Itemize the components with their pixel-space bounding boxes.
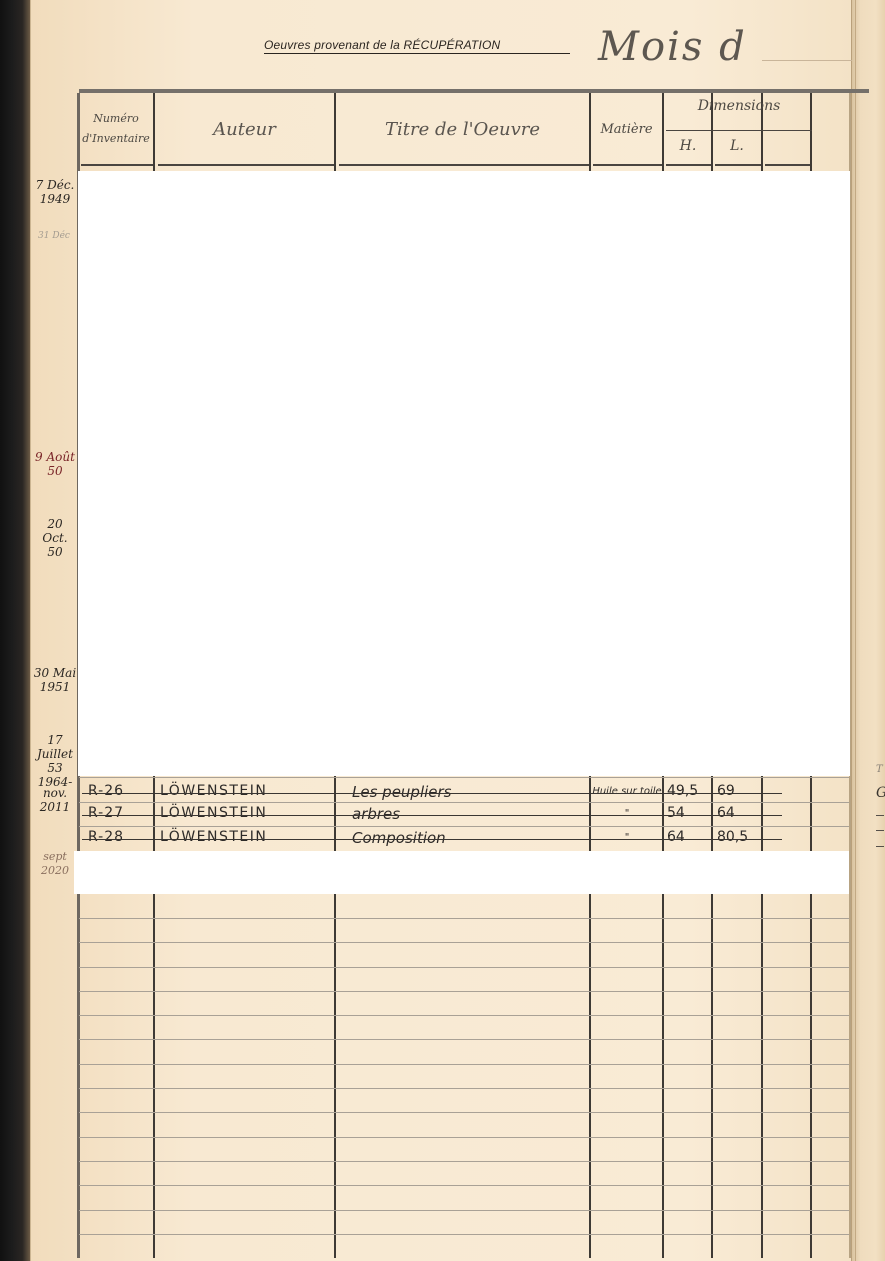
ruled-line bbox=[79, 991, 849, 992]
margin-note-line: 9 Août bbox=[33, 450, 77, 464]
entry-titre: Les peupliers bbox=[352, 783, 452, 801]
ruled-line bbox=[79, 1112, 849, 1113]
header-numero-line1: Numéro bbox=[82, 109, 150, 129]
redacted-region bbox=[74, 851, 849, 894]
entry-matiere: Huile sur toile bbox=[592, 786, 662, 797]
ruled-line bbox=[79, 918, 849, 919]
month-label: Mois d bbox=[598, 24, 747, 70]
dimensions-divider bbox=[666, 130, 812, 131]
ruled-line bbox=[79, 942, 849, 943]
fold-line bbox=[855, 0, 856, 1261]
entry-auteur: LÖWENSTEIN bbox=[160, 829, 267, 845]
strikethrough-line bbox=[82, 815, 782, 816]
entry-titre: arbres bbox=[352, 805, 400, 823]
margin-date-note: 30 Mai1951 bbox=[33, 666, 77, 694]
margin-note-line: 17 Juillet bbox=[33, 733, 77, 761]
ruled-line bbox=[79, 826, 849, 827]
ruled-line bbox=[79, 1064, 849, 1065]
margin-note-line: 31 Déc bbox=[32, 229, 76, 243]
entry-hauteur: 49,5 bbox=[667, 783, 698, 799]
margin-rule bbox=[30, 0, 31, 1261]
header-numero: Numéro d'Inventaire bbox=[79, 95, 153, 163]
header-underline bbox=[715, 164, 761, 166]
margin-note-line: nov. bbox=[33, 786, 77, 800]
entry-numero: R-26 bbox=[88, 783, 124, 799]
entry-auteur: LÖWENSTEIN bbox=[160, 783, 267, 799]
strikethrough-line bbox=[82, 839, 782, 840]
ruled-line bbox=[79, 1210, 849, 1211]
ruled-line bbox=[79, 1185, 849, 1186]
margin-note-line: 1949 bbox=[33, 192, 77, 206]
section-title: Oeuvres provenant de la RÉCUPÉRATION bbox=[264, 38, 570, 54]
margin-note-line: sept bbox=[33, 850, 77, 864]
margin-note-line: 2011 bbox=[33, 800, 77, 814]
ruled-line bbox=[79, 1137, 849, 1138]
margin-note-line: 2020 bbox=[33, 864, 77, 878]
header-underline bbox=[666, 164, 711, 166]
header-underline bbox=[765, 164, 810, 166]
month-underline bbox=[762, 60, 852, 61]
ruled-line bbox=[79, 1039, 849, 1040]
header-largeur: L. bbox=[713, 138, 761, 154]
ruled-line bbox=[79, 777, 849, 778]
margin-note-line: 30 Mai bbox=[33, 666, 77, 680]
ruled-line bbox=[79, 1234, 849, 1235]
margin-date-note: 7 Déc.1949 bbox=[33, 178, 77, 206]
right-margin-mark: G bbox=[876, 785, 885, 801]
book-binding bbox=[0, 0, 30, 1261]
header-underline bbox=[339, 164, 589, 166]
entry-largeur: 80,5 bbox=[717, 829, 748, 845]
header-auteur: Auteur bbox=[155, 95, 334, 163]
header-underline bbox=[593, 164, 662, 166]
ruled-line bbox=[79, 967, 849, 968]
strikethrough-line bbox=[82, 793, 782, 794]
header-dimensions: Dimensions bbox=[666, 98, 812, 114]
header-underline bbox=[158, 164, 334, 166]
entry-auteur: LÖWENSTEIN bbox=[160, 805, 267, 821]
entry-largeur: 64 bbox=[717, 805, 735, 821]
entry-hauteur: 54 bbox=[667, 805, 685, 821]
entry-matiere: " bbox=[592, 808, 662, 819]
entry-largeur: 69 bbox=[717, 783, 735, 799]
header-underline bbox=[81, 164, 153, 166]
margin-date-note: 31 Déc bbox=[32, 229, 76, 243]
margin-date-note: 17 Juillet531964- bbox=[33, 733, 77, 789]
margin-note-line: 53 bbox=[33, 761, 77, 775]
next-page-edge bbox=[851, 0, 885, 1261]
margin-note-line: 20 Oct. bbox=[33, 517, 77, 545]
margin-note-line: 50 bbox=[33, 464, 77, 478]
ruled-line bbox=[79, 1015, 849, 1016]
header-matiere: Matière bbox=[591, 95, 662, 163]
redacted-region bbox=[78, 171, 850, 776]
margin-note-line: 50 bbox=[33, 545, 77, 559]
entry-numero: R-28 bbox=[88, 829, 124, 845]
entry-hauteur: 64 bbox=[667, 829, 685, 845]
entry-titre: Composition bbox=[352, 829, 446, 847]
ruled-line bbox=[79, 1088, 849, 1089]
right-margin-tick bbox=[876, 830, 884, 831]
ruled-line bbox=[79, 802, 849, 803]
right-margin-mark: T bbox=[876, 764, 883, 775]
header-hauteur: H. bbox=[664, 138, 712, 154]
margin-date-note: nov.2011 bbox=[33, 786, 77, 814]
margin-note-line: 7 Déc. bbox=[33, 178, 77, 192]
header-numero-line2: d'Inventaire bbox=[82, 129, 150, 149]
table-top-rule bbox=[79, 89, 869, 93]
margin-note-line: 1951 bbox=[33, 680, 77, 694]
right-margin-tick bbox=[876, 846, 884, 847]
ruled-line bbox=[79, 1161, 849, 1162]
right-margin-tick bbox=[876, 815, 884, 816]
margin-date-note: 20 Oct.50 bbox=[33, 517, 77, 559]
margin-date-note: sept2020 bbox=[33, 850, 77, 878]
header-titre: Titre de l'Oeuvre bbox=[336, 95, 589, 163]
margin-date-note: 9 Août50 bbox=[33, 450, 77, 478]
entry-numero: R-27 bbox=[88, 805, 124, 821]
entry-matiere: " bbox=[592, 832, 662, 843]
